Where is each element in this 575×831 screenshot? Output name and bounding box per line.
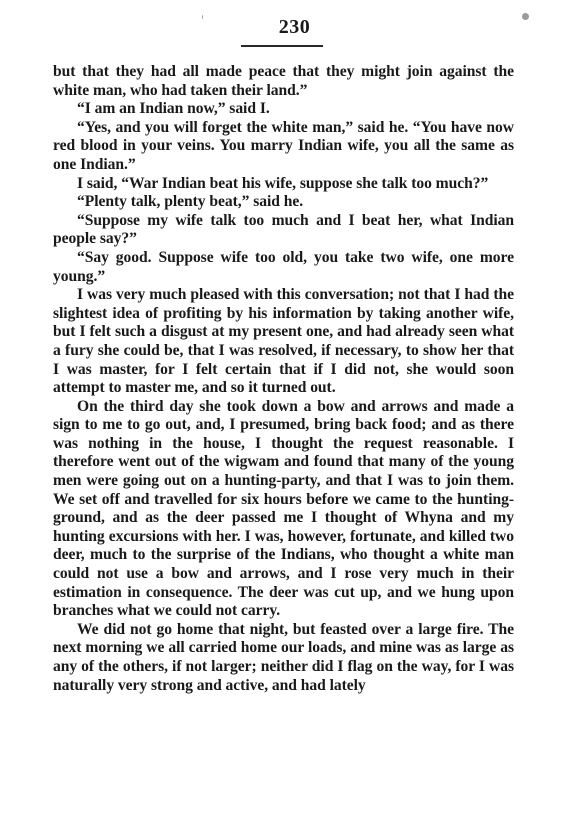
page-number: 230 [0, 16, 575, 39]
paragraph: but that they had all made peace that th… [53, 63, 514, 100]
paragraph: “Say good. Suppose wife too old, you tak… [53, 249, 514, 286]
paragraph: I said, “War Indian beat his wife, suppo… [53, 175, 514, 194]
header-rule [241, 45, 323, 47]
paragraph: “I am an Indian now,” said I. [53, 100, 514, 119]
paragraph: We did not go home that night, but feast… [53, 621, 514, 695]
paragraph: On the third day she took down a bow and… [53, 398, 514, 621]
paragraph: “Suppose my wife talk too much and I bea… [53, 212, 514, 249]
paragraph: “Yes, and you will forget the white man,… [53, 119, 514, 175]
page-body-text: but that they had all made peace that th… [53, 63, 514, 695]
paragraph: “Plenty talk, plenty beat,” said he. [53, 193, 514, 212]
paragraph: I was very much pleased with this conver… [53, 286, 514, 398]
book-page: 230 but that they had all made peace tha… [0, 0, 575, 831]
